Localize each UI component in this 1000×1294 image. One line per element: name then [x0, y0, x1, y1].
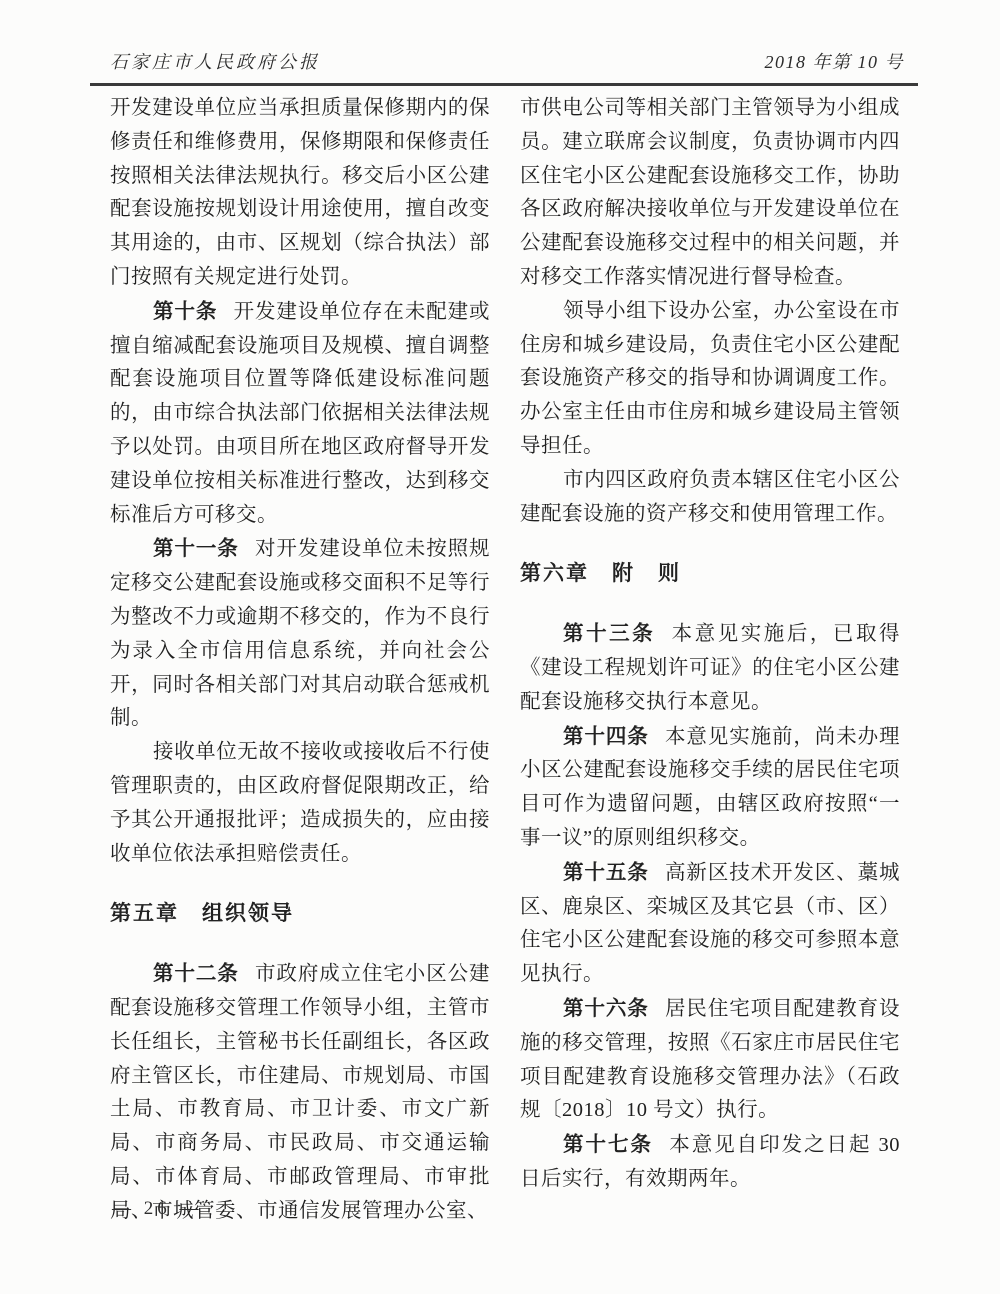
paragraph: 领导小组下设办公室，办公室设在市住房和城乡建设局，负责住宅小区公建配套设施资产移…	[520, 295, 900, 464]
paragraph: 第十二条市政府成立住宅小区公建配套设施移交管理工作领导小组，主管市长任组长，主管…	[110, 957, 490, 1228]
gazette-title: 石家庄市人民政府公报	[110, 48, 320, 74]
article-number: 第十五条	[563, 861, 649, 884]
page-number: — 26 —	[112, 1198, 203, 1220]
article-number: 第十七条	[563, 1133, 653, 1156]
issue-number: 2018 年第 10 号	[765, 48, 905, 74]
gazette-page: 石家庄市人民政府公报 2018 年第 10 号 开发建设单位应当承担质量保修期内…	[0, 0, 1000, 1294]
article-number: 第十四条	[563, 725, 649, 748]
body-columns: 开发建设单位应当承担质量保修期内的保修责任和维修费用，保修期限和保修责任按照相关…	[110, 92, 900, 1229]
paragraph: 第十三条本意见实施后，已取得《建设工程规划许可证》的住宅小区公建配套设施移交执行…	[520, 617, 900, 719]
paragraph: 第十七条本意见自印发之日起 30 日后实行，有效期两年。	[520, 1128, 900, 1197]
paragraph: 第十五条高新区技术开发区、藁城区、鹿泉区、栾城区及其它县（市、区）住宅小区公建配…	[520, 856, 900, 992]
paragraph: 第十四条本意见实施前，尚未办理小区公建配套设施移交手续的居民住宅项目可作为遗留问…	[520, 720, 900, 856]
article-number: 第十一条	[153, 537, 239, 560]
right-column: 市供电公司等相关部门主管领导为小组成员。建立联席会议制度，负责协调市内四区住宅小…	[520, 92, 900, 1197]
paragraph: 开发建设单位应当承担质量保修期内的保修责任和维修费用，保修期限和保修责任按照相关…	[110, 92, 490, 295]
left-column: 开发建设单位应当承担质量保修期内的保修责任和维修费用，保修期限和保修责任按照相关…	[110, 92, 490, 1229]
article-number: 第十六条	[563, 997, 649, 1020]
paragraph: 第十一条对开发建设单位未按照规定移交公建配套设施或移交面积不足等行为整改不力或逾…	[110, 532, 490, 736]
paragraph: 市内四区政府负责本辖区住宅小区公建配套设施的资产移交和使用管理工作。	[520, 464, 900, 532]
chapter-heading: 第六章 附 则	[520, 557, 900, 591]
paragraph: 第十条开发建设单位存在未配建或擅自缩减配套设施项目及规模、擅自调整配套设施项目位…	[110, 295, 490, 533]
paragraph: 接收单位无故不接收或接收后不行使管理职责的，由区政府督促限期改正，给予其公开通报…	[110, 736, 490, 871]
chapter-heading: 第五章 组织领导	[110, 897, 490, 931]
paragraph: 第十六条居民住宅项目配建教育设施的移交管理，按照《石家庄市居民住宅项目配建教育设…	[520, 992, 900, 1128]
article-number: 第十三条	[563, 622, 655, 645]
header-rule	[90, 83, 918, 86]
paragraph: 市供电公司等相关部门主管领导为小组成员。建立联席会议制度，负责协调市内四区住宅小…	[520, 92, 900, 295]
article-number: 第十条	[153, 300, 217, 323]
article-number: 第十二条	[153, 962, 239, 985]
